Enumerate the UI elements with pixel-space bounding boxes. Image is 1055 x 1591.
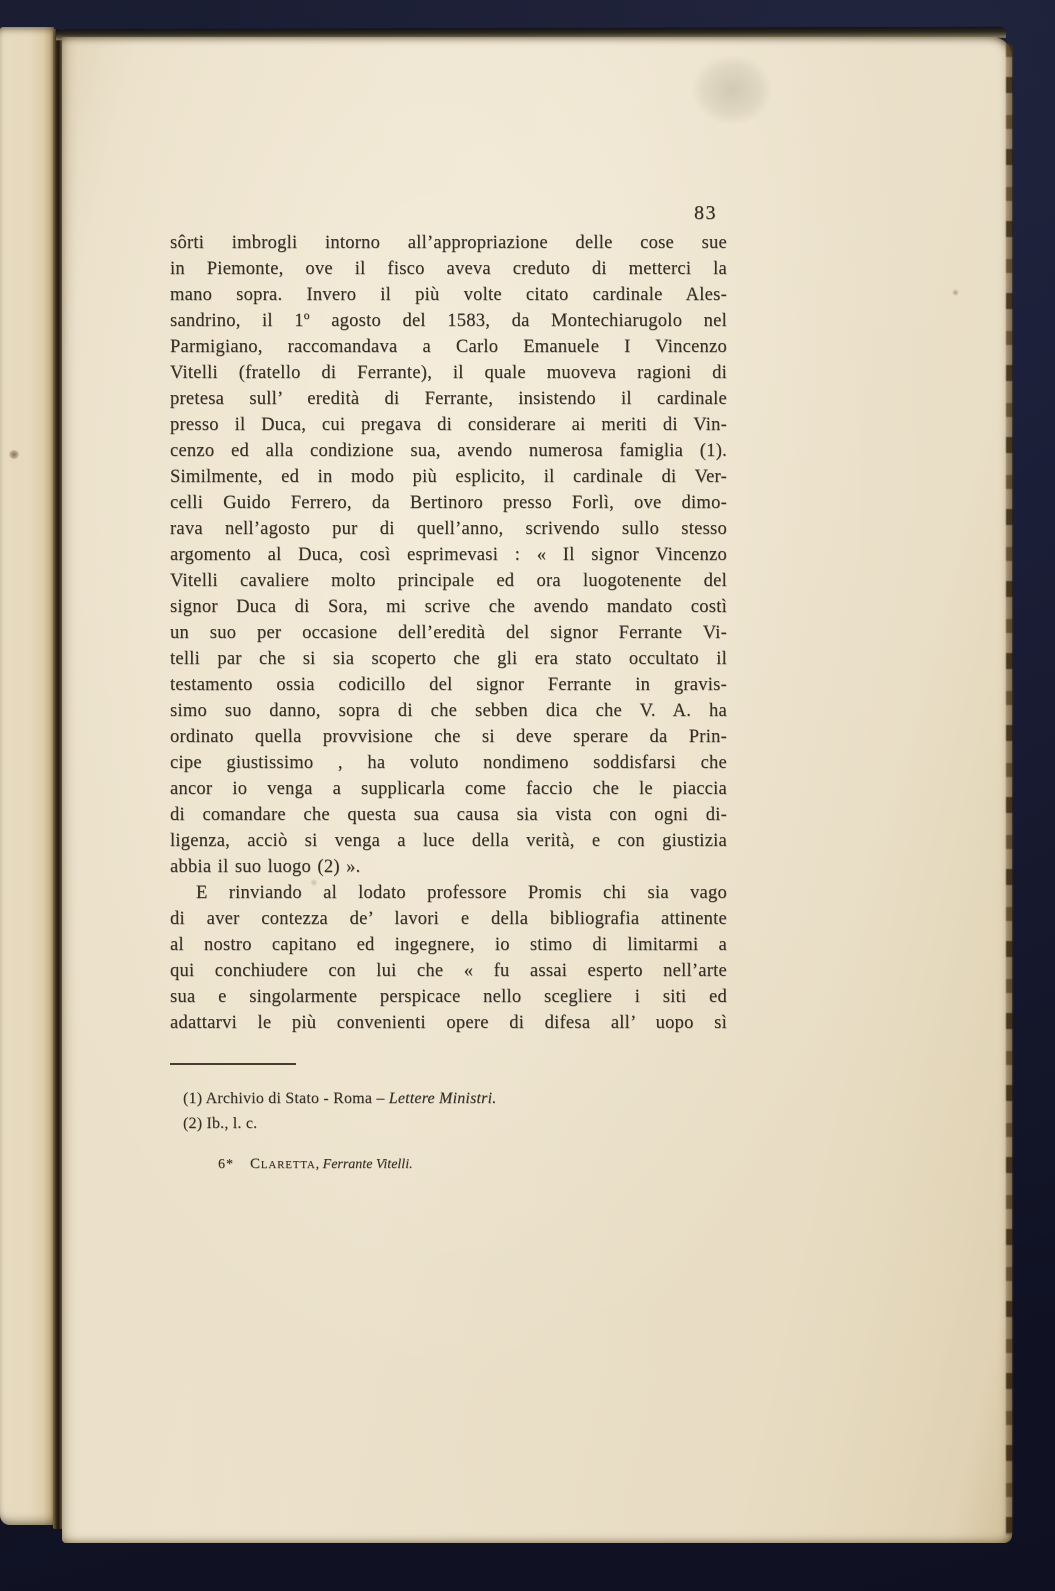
text-line: simo suo danno, sopra di che sebben dica… <box>170 698 727 724</box>
text-line: Similmente, ed in modo più esplicito, il… <box>170 464 727 490</box>
book-page: 83 sôrti imbrogli intorno all’appropriaz… <box>62 37 1012 1543</box>
text-line: ligenza, acciò si venga a luce della ver… <box>170 828 727 854</box>
text-line: un suo per occasione dell’eredità del si… <box>170 620 727 646</box>
footnote-separator <box>170 1063 296 1065</box>
text-line: adattarvi le più convenienti opere di di… <box>170 1010 727 1036</box>
text-line: argomento al Duca, così esprimevasi : « … <box>170 542 727 568</box>
footnote-2: (2) Ib., l. c. <box>183 1111 727 1136</box>
text-line: in Piemonte, ove il fisco aveva creduto … <box>170 256 727 282</box>
paper-stain <box>952 289 959 296</box>
footnotes: (1) Archivio di Stato - Roma – Lettere M… <box>170 1086 727 1136</box>
signature-author: Claretta <box>250 1156 316 1172</box>
text-line: presso il Duca, cui pregava di considera… <box>170 412 727 438</box>
scan-background: 83 sôrti imbrogli intorno all’appropriaz… <box>0 0 1055 1591</box>
text-line: rava nell’agosto pur di quell’anno, scri… <box>170 516 727 542</box>
text-line: qui conchiudere con lui che « fu assai e… <box>170 958 727 984</box>
signature-separator: , <box>316 1157 323 1172</box>
text-line: cenzo ed alla condizione sua, avendo num… <box>170 438 727 464</box>
text-line: celli Guido Ferrero, da Bertinoro presso… <box>170 490 727 516</box>
text-line: signor Duca di Sora, mi scrive che avend… <box>170 594 727 620</box>
signature-work-title: Ferrante Vitelli. <box>323 1157 413 1172</box>
text-line: Parmigiano, raccomandava a Carlo Emanuel… <box>170 334 727 360</box>
text-line: Vitelli cavaliere molto principale ed or… <box>170 568 727 594</box>
text-line: mano sopra. Invero il più volte citato c… <box>170 282 727 308</box>
footnote-text: (1) Archivio di Stato - Roma – <box>183 1090 389 1107</box>
text-line: E rinviando al lodato professore Promis … <box>170 880 727 906</box>
signature-number: 6* <box>218 1157 234 1172</box>
text-line: sua e singolarmente perspicace nello sce… <box>170 984 727 1010</box>
paper-stain <box>692 55 772 125</box>
text-line: telli par che si sia scoperto che gli er… <box>170 646 727 672</box>
footnote-text: (2) Ib., l. c. <box>183 1115 257 1132</box>
text-line: pretesa sull’ eredità di Ferrante, insis… <box>170 386 727 412</box>
text-line: al nostro capitano ed ingegnere, io stim… <box>170 932 727 958</box>
text-line: ordinato quella provvisione che si deve … <box>170 724 727 750</box>
text-line: di comandare che questa sua causa sia vi… <box>170 802 727 828</box>
footnote-work-title: Lettere Ministri. <box>389 1090 497 1107</box>
text-block: 83 sôrti imbrogli intorno all’appropriaz… <box>170 200 727 1176</box>
page-number: 83 <box>170 200 727 226</box>
text-line: sôrti imbrogli intorno all’appropriazion… <box>170 230 727 256</box>
paper-stain <box>9 450 19 459</box>
text-line: abbia il suo luogo (2) ». <box>170 854 727 880</box>
text-line: testamento ossia codicillo del signor Fe… <box>170 672 727 698</box>
text-line: ancor io venga a supplicarla come faccio… <box>170 776 727 802</box>
text-line: sandrino, il 1º agosto del 1583, da Mont… <box>170 308 727 334</box>
footnote-1: (1) Archivio di Stato - Roma – Lettere M… <box>183 1086 727 1111</box>
signature-line: 6*Claretta, Ferrante Vitelli. <box>170 1153 727 1176</box>
previous-page-edge <box>0 27 54 1525</box>
text-line: Vitelli (fratello di Ferrante), il quale… <box>170 360 727 386</box>
text-line: di aver contezza de’ lavori e della bibl… <box>170 906 727 932</box>
text-line: cipe giustissimo , ha voluto nondimeno s… <box>170 750 727 776</box>
